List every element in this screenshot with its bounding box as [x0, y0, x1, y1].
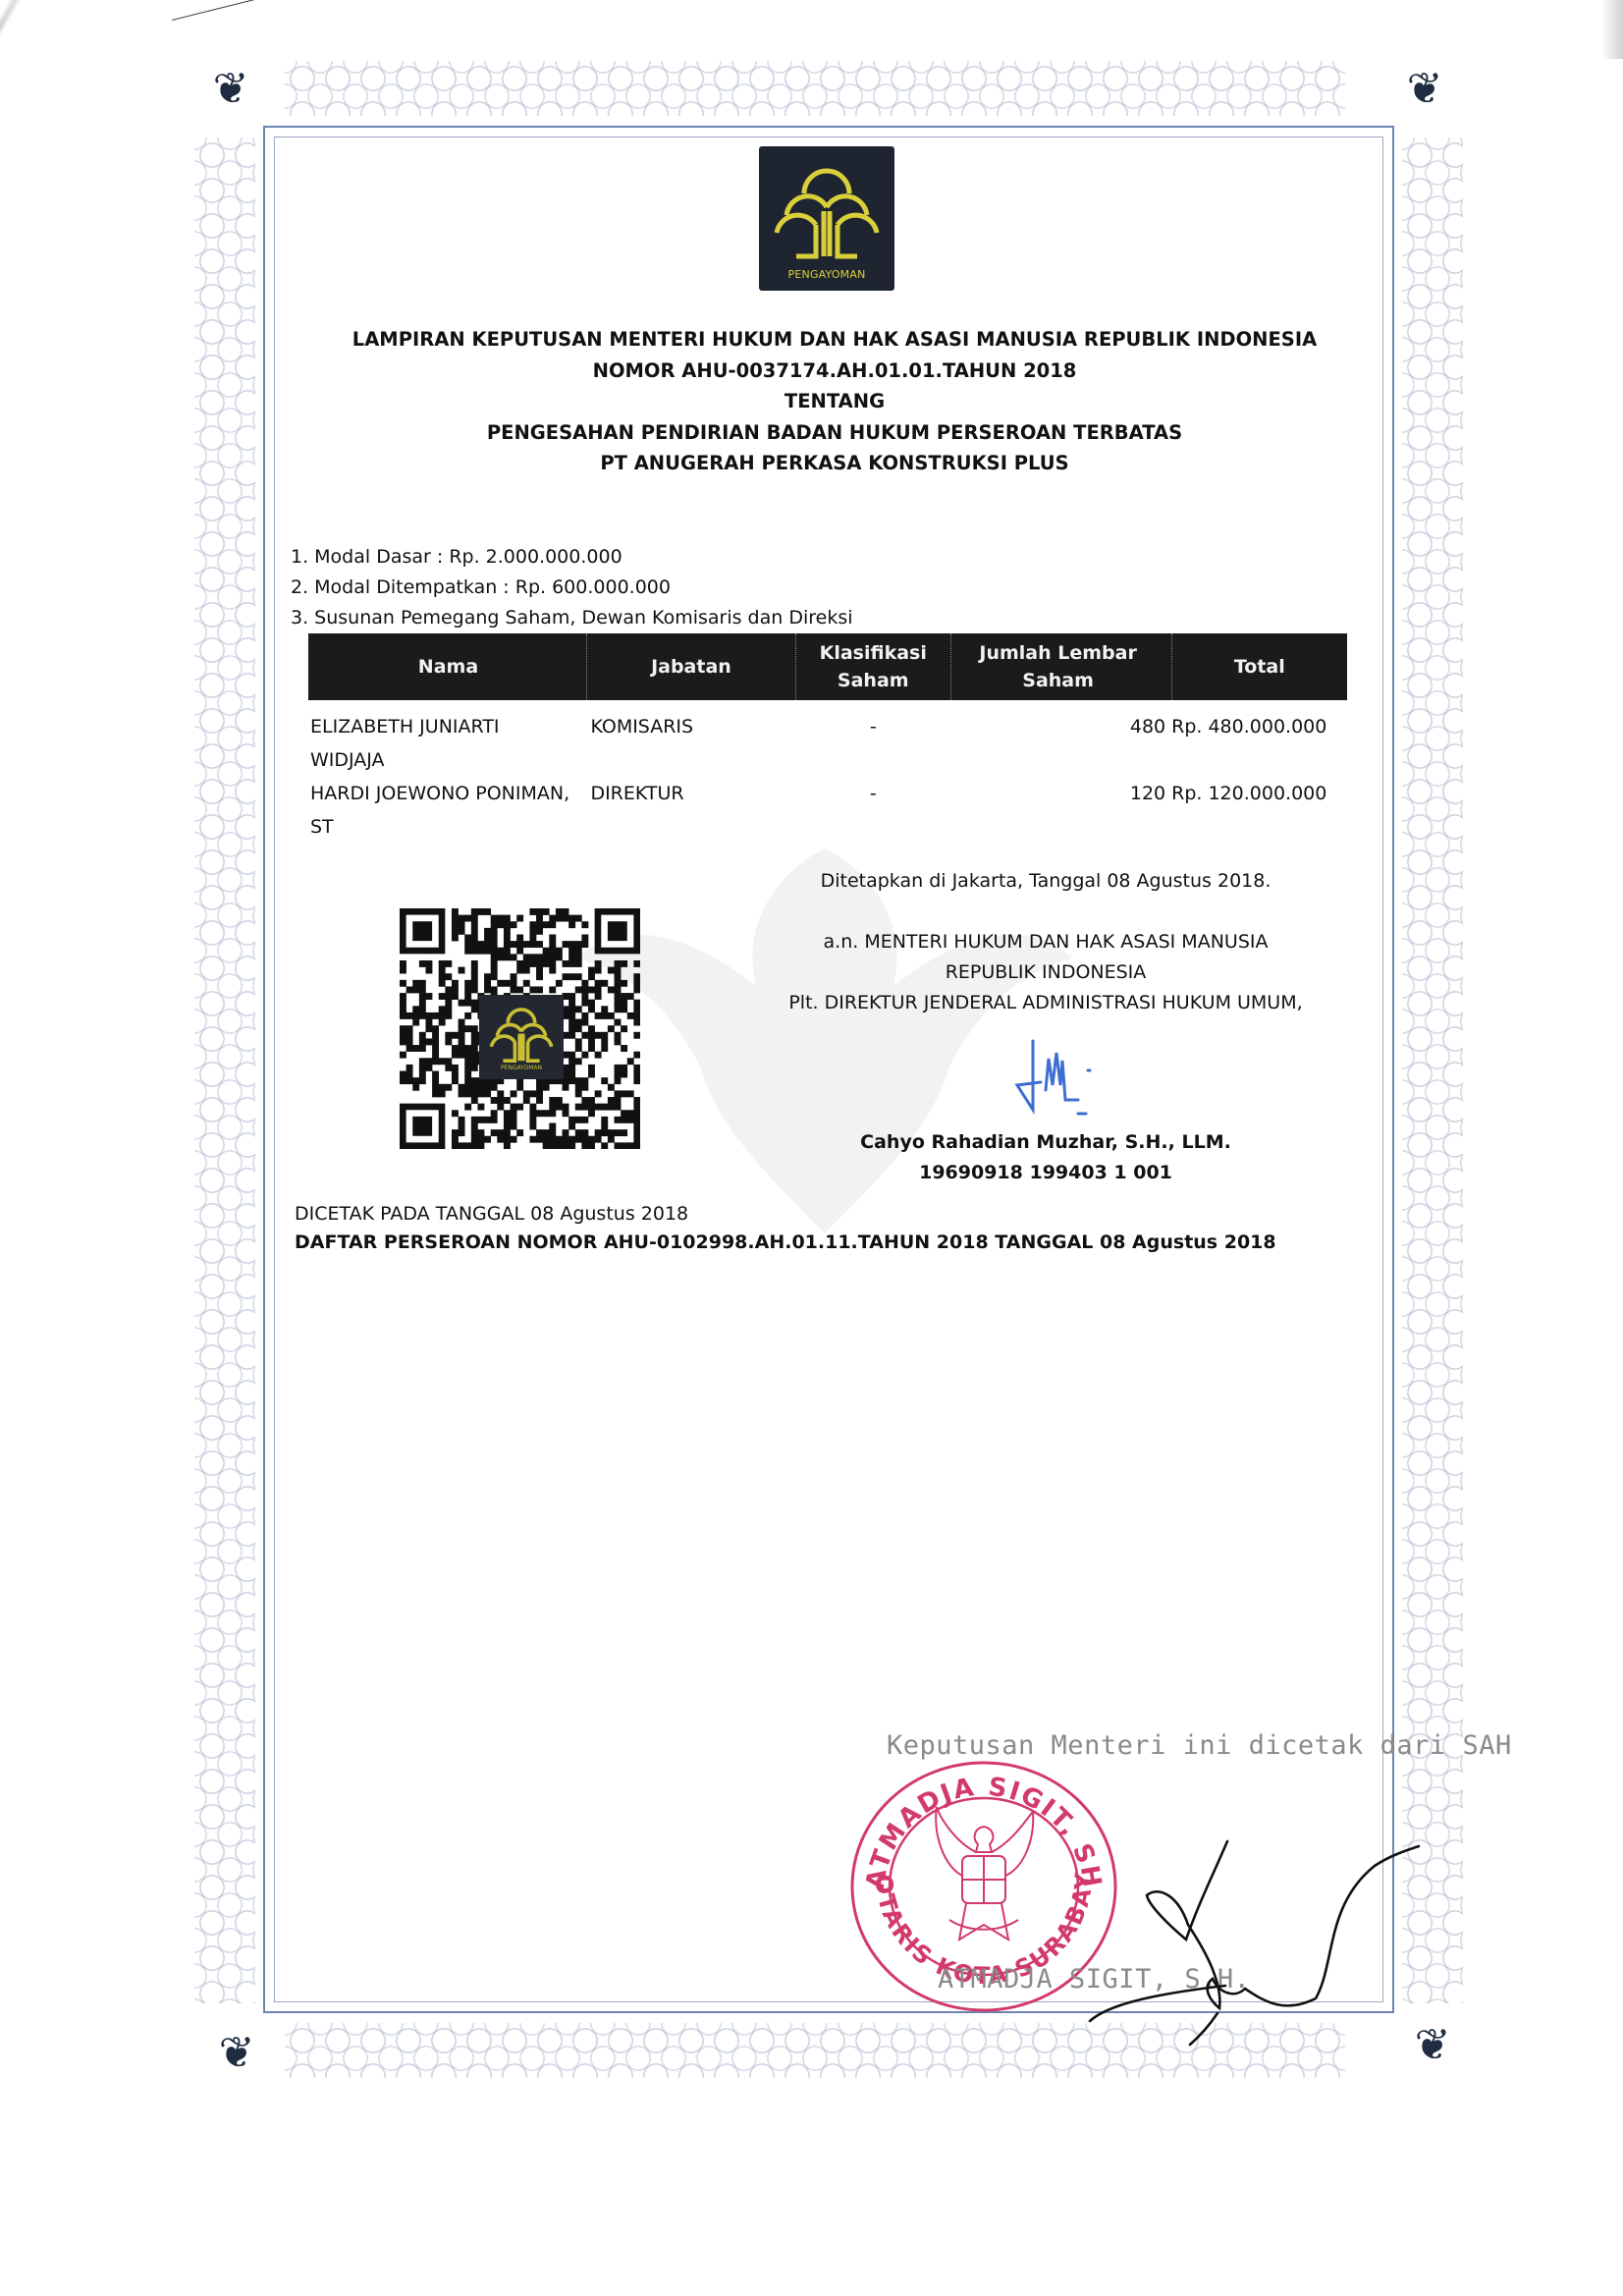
name-line: HARDI JOEWONO PONIMAN,: [310, 777, 586, 810]
signer: Cahyo Rahadian Muzhar, S.H., LLM. 196909…: [746, 1127, 1345, 1188]
authority-line: Plt. DIREKTUR JENDERAL ADMINISTRASI HUKU…: [746, 988, 1345, 1018]
signer-name: Cahyo Rahadian Muzhar, S.H., LLM.: [746, 1127, 1345, 1158]
cell-jabatan: KOMISARIS: [586, 700, 795, 777]
cell-nama: HARDI JOEWONO PONIMAN, ST: [308, 777, 586, 844]
qr-center-logo: PENGAYOMAN: [479, 995, 564, 1079]
logo-caption: PENGAYOMAN: [759, 268, 894, 281]
printed-date: DICETAK PADA TANGGAL 08 Agustus 2018: [295, 1200, 1276, 1229]
cell-jabatan: DIREKTUR: [586, 777, 795, 844]
table-header-row: Nama Jabatan Klasifikasi Saham Jumlah Le…: [308, 633, 1347, 700]
guilloche-border-right: [1402, 137, 1463, 2003]
header-nama: Nama: [308, 633, 586, 700]
guilloche-border-top: [285, 61, 1345, 116]
cell-nama: ELIZABETH JUNIARTI WIDJAJA: [308, 700, 586, 777]
header-line: Saham: [796, 667, 950, 694]
tree-emblem-icon: [479, 995, 564, 1066]
header-line: Klasifikasi: [796, 639, 950, 667]
cell-total: Rp. 120.000.000: [1171, 777, 1347, 844]
scan-fold-shadow: [0, 0, 39, 246]
header-line: Saham: [951, 667, 1165, 694]
cell-jumlah: 480: [950, 700, 1171, 777]
guilloche-border-left: [194, 137, 255, 2003]
signer-nip: 19690918 199403 1 001: [746, 1158, 1345, 1188]
header-line: Jumlah Lembar: [951, 639, 1165, 667]
corner-ornament-icon: ❦: [208, 67, 253, 112]
authority-line: a.n. MENTERI HUKUM DAN HAK ASASI MANUSIA: [746, 927, 1345, 957]
corner-ornament-icon: ❦: [214, 2031, 259, 2076]
title-line: NOMOR AHU-0037174.AH.01.01.TAHUN 2018: [295, 355, 1375, 387]
name-line: ST: [310, 810, 586, 844]
cell-jumlah: 120: [950, 777, 1171, 844]
official-signature-icon: [1011, 1031, 1119, 1120]
item-modal-dasar: 1. Modal Dasar : Rp. 2.000.000.000: [291, 542, 853, 573]
document-title: LAMPIRAN KEPUTUSAN MENTERI HUKUM DAN HAK…: [295, 324, 1375, 479]
cell-total: Rp. 480.000.000: [1171, 700, 1347, 777]
authority-line: REPUBLIK INDONESIA: [746, 957, 1345, 988]
header-jumlah: Jumlah Lembar Saham: [950, 633, 1171, 700]
scan-hairline: [172, 0, 258, 21]
notary-typed-note: Keputusan Menteri ini dicetak dari SAH: [887, 1730, 1512, 1761]
table-row: HARDI JOEWONO PONIMAN, ST DIREKTUR - 120…: [308, 777, 1347, 844]
name-line: ELIZABETH JUNIARTI: [310, 710, 586, 743]
name-line: WIDJAJA: [310, 743, 586, 777]
place-date: Ditetapkan di Jakarta, Tanggal 08 Agustu…: [746, 866, 1345, 897]
scan-edge-shadow: [1601, 0, 1623, 59]
cell-klasifikasi: -: [795, 777, 950, 844]
title-line: PT ANUGERAH PERKASA KONSTRUKSI PLUS: [295, 448, 1375, 479]
print-info: DICETAK PADA TANGGAL 08 Agustus 2018 DAF…: [295, 1200, 1276, 1257]
notary-signature-icon: [1001, 1758, 1473, 2052]
header-klasifikasi: Klasifikasi Saham: [795, 633, 950, 700]
verification-qr-code[interactable]: PENGAYOMAN: [400, 908, 640, 1149]
shareholder-table: Nama Jabatan Klasifikasi Saham Jumlah Le…: [308, 633, 1347, 844]
title-line: PENGESAHAN PENDIRIAN BADAN HUKUM PERSERO…: [295, 417, 1375, 449]
signature-block: Ditetapkan di Jakarta, Tanggal 08 Agustu…: [746, 866, 1345, 1018]
capital-items: 1. Modal Dasar : Rp. 2.000.000.000 2. Mo…: [291, 542, 853, 633]
registry-number: DAFTAR PERSEROAN NOMOR AHU-0102998.AH.01…: [295, 1229, 1276, 1257]
pengayoman-logo: PENGAYOMAN: [759, 146, 894, 291]
corner-ornament-icon: ❦: [1402, 67, 1447, 112]
cell-klasifikasi: -: [795, 700, 950, 777]
item-susunan: 3. Susunan Pemegang Saham, Dewan Komisar…: [291, 603, 853, 633]
table-row: ELIZABETH JUNIARTI WIDJAJA KOMISARIS - 4…: [308, 700, 1347, 777]
header-total: Total: [1171, 633, 1347, 700]
title-line: TENTANG: [295, 386, 1375, 417]
title-line: LAMPIRAN KEPUTUSAN MENTERI HUKUM DAN HAK…: [295, 324, 1375, 355]
header-jabatan: Jabatan: [586, 633, 795, 700]
qr-logo-caption: PENGAYOMAN: [479, 1065, 564, 1071]
item-modal-ditempatkan: 2. Modal Ditempatkan : Rp. 600.000.000: [291, 573, 853, 603]
tree-emblem-icon: [759, 146, 894, 264]
